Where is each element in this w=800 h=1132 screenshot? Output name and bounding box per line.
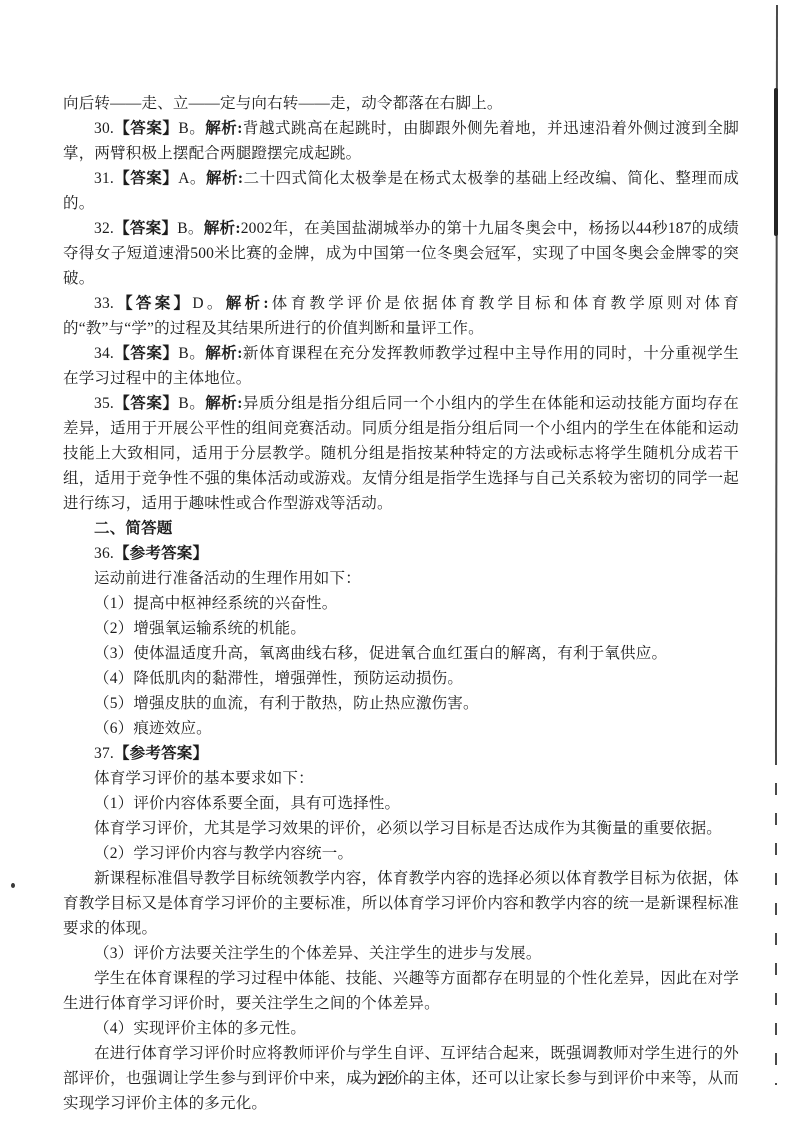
analysis-label: 解析: — [226, 295, 269, 312]
answer-label: 【答案】 — [114, 170, 178, 187]
analysis-label: 解析: — [205, 345, 242, 362]
answer-choice: B。 — [177, 220, 203, 237]
q37-heading: 37.【参考答案】 — [63, 741, 739, 766]
answer-label: 【答案】 — [114, 345, 178, 362]
answer-number: 30. — [94, 120, 114, 137]
question-number: 37. — [94, 745, 114, 762]
analysis-text: 异质分组是指分组后同一个小组内的学生在体能和运动技能方面均存在差异，适用于开展公… — [63, 395, 739, 512]
answer-number: 31. — [94, 170, 114, 187]
answer-number: 34. — [94, 345, 114, 362]
q36-item: （1）提高中枢神经系统的兴奋性。 — [63, 591, 739, 616]
answer-choice: A。 — [178, 170, 206, 187]
section-heading: 二、简答题 — [63, 516, 739, 541]
q37-item: （2）学习评价内容与教学内容统一。 — [63, 841, 739, 866]
page-number: — 22 — — [50, 1071, 726, 1089]
answer-item-32: 32.【答案】B。解析:2002年，在美国盐湖城举办的第十九届冬奥会中，杨扬以4… — [63, 216, 739, 291]
answer-number: 35. — [94, 395, 114, 412]
scan-artifact-edge-blob — [774, 88, 778, 236]
answer-label: 【答案】 — [114, 120, 178, 137]
q36-lead: 运动前进行准备活动的生理作用如下： — [63, 566, 739, 591]
q36-item: （6）痕迹效应。 — [63, 716, 739, 741]
scanned-document-page: 向后转——走、立——定与向右转——走，动令都落在右脚上。 30.【答案】B。解析… — [0, 0, 800, 1132]
q37-paragraph: 学生在体育课程的学习过程中体能、技能、兴趣等方面都存在明显的个性化差异，因此在对… — [63, 966, 739, 1016]
analysis-label: 解析: — [204, 220, 241, 237]
answer-item-34: 34.【答案】B。解析:新体育课程在充分发挥教师教学过程中主导作用的同时，十分重… — [63, 341, 739, 391]
answer-choice: B。 — [178, 120, 205, 137]
q36-item: （5）增强皮肤的血流，有利于散热，防止热应激伤害。 — [63, 691, 739, 716]
q37-lead: 体育学习评价的基本要求如下： — [63, 766, 739, 791]
answer-item-30: 30.【答案】B。解析:背越式跳高在起跳时，由脚跟外侧先着地，并迅速沿着外侧过渡… — [63, 116, 739, 166]
q37-item: （4）实现评价主体的多元性。 — [63, 1016, 739, 1041]
continuation-paragraph: 向后转——走、立——定与向右转——走，动令都落在右脚上。 — [63, 91, 739, 116]
answer-item-35: 35.【答案】B。解析:异质分组是指分组后同一个小组内的学生在体能和运动技能方面… — [63, 391, 739, 516]
reference-answer-label: 【参考答案】 — [114, 745, 208, 762]
answer-item-33: 33.【答案】D。解析:体育教学评价是依据体育教学目标和体育教学原则对体育的“教… — [63, 291, 739, 341]
analysis-label: 解析: — [205, 120, 242, 137]
scan-artifact-edge-dashes — [775, 753, 777, 1085]
q36-item: （4）降低肌肉的黏滞性，增强弹性，预防运动损伤。 — [63, 666, 739, 691]
answer-label: 【答案】 — [114, 220, 177, 237]
analysis-label: 解析: — [206, 170, 243, 187]
q37-paragraph: 新课程标准倡导教学目标统领教学内容，体育教学内容的选择必须以体育教学目标为依据，… — [63, 866, 739, 941]
answer-label: 【答案】 — [114, 295, 192, 312]
answer-item-31: 31.【答案】A。解析:二十四式简化太极拳是在杨式太极拳的基础上经改编、简化、整… — [63, 166, 739, 216]
answer-label: 【答案】 — [114, 395, 178, 412]
answer-choice: B。 — [178, 345, 205, 362]
answer-number: 32. — [94, 220, 114, 237]
answer-choice: D。 — [192, 295, 225, 312]
scan-artifact-mid-dot — [559, 450, 562, 453]
scan-artifact-left-dot — [11, 883, 15, 888]
answer-number: 33. — [94, 295, 114, 312]
answer-choice: B。 — [178, 395, 205, 412]
q36-item: （3）使体温适度升高，氧离曲线右移，促进氧合血红蛋白的解离，有利于氧供应。 — [63, 641, 739, 666]
reference-answer-label: 【参考答案】 — [114, 545, 208, 562]
document-content: 向后转——走、立——定与向右转——走，动令都落在右脚上。 30.【答案】B。解析… — [63, 91, 739, 1116]
q36-item: （2）增强氧运输系统的机能。 — [63, 616, 739, 641]
q37-item: （1）评价内容体系要全面，具有可选择性。 — [63, 791, 739, 816]
q37-paragraph: 体育学习评价，尤其是学习效果的评价，必须以学习目标是否达成作为其衡量的重要依据。 — [63, 816, 739, 841]
q36-heading: 36.【参考答案】 — [63, 541, 739, 566]
q37-item: （3）评价方法要关注学生的个体差异、关注学生的进步与发展。 — [63, 941, 739, 966]
question-number: 36. — [94, 545, 114, 562]
analysis-label: 解析: — [205, 395, 242, 412]
